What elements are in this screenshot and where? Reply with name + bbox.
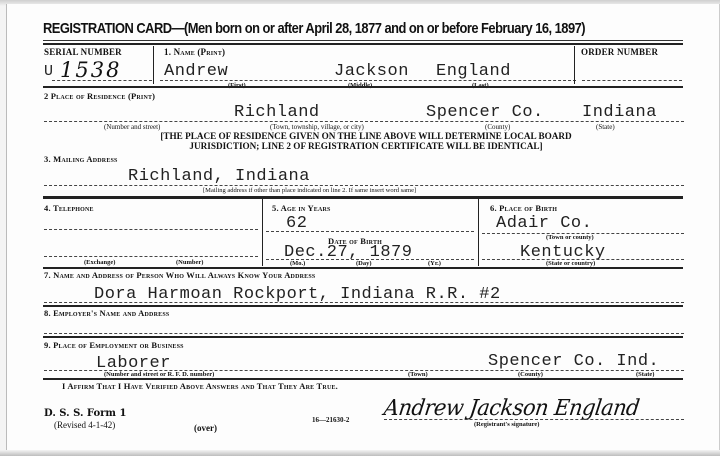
age-line (266, 231, 474, 232)
mailing-address-label: 3. Mailing Address (44, 154, 118, 164)
section-rule (43, 196, 683, 199)
section-rule (43, 305, 683, 307)
signature-caption: (Registrant's signature) (474, 421, 539, 428)
signature-line (384, 419, 684, 420)
residence-label: 2 Place of Residence (Print) (44, 91, 155, 101)
jurisdiction-notice: [THE PLACE OF RESIDENCE GIVEN ON THE LIN… (86, 131, 646, 151)
employment-town-caption: (Town) (408, 371, 428, 378)
residence-county: Spencer Co. (426, 103, 544, 122)
title-rule (43, 40, 683, 41)
employment-county: Spencer Co. Ind. (488, 352, 659, 371)
first-name: Andrew (164, 62, 228, 81)
section-rule (43, 86, 683, 88)
section-rule (43, 336, 683, 338)
day-caption: (Day) (356, 260, 372, 267)
birthplace-town-caption: (Town or county) (546, 234, 594, 241)
order-number-label: ORDER NUMBER (581, 47, 658, 57)
name-line (160, 80, 576, 81)
birthplace-town: Adair Co. (496, 214, 592, 233)
notice-line-1: [THE PLACE OF RESIDENCE GIVEN ON THE LIN… (86, 131, 646, 141)
employment-street-caption: (Number and street or R. F. D. number) (104, 371, 214, 378)
name-label: 1. Name (Print) (164, 47, 225, 57)
month-caption: (Mo.) (290, 260, 305, 267)
scan-bottom-edge (0, 450, 720, 456)
employer-label: 8. Employer's Name and Address (44, 308, 169, 318)
employment-state-caption: (State) (636, 371, 654, 378)
residence-town: Richland (234, 103, 320, 122)
middle-name: Jackson (334, 62, 409, 81)
contact-line (44, 302, 684, 303)
serial-number-value: 1538 (60, 58, 121, 82)
section-rule (43, 267, 683, 269)
employment-label: 9. Place of Employment or Business (44, 340, 184, 350)
exchange-caption: (Exchange) (84, 259, 115, 266)
divider (153, 46, 154, 84)
mailing-line (44, 185, 684, 186)
mailing-address-value: Richland, Indiana (128, 167, 310, 186)
registrant-signature: Andrew Jackson England (382, 396, 640, 421)
card-title: REGISTRATION CARD—(Men born on or after … (43, 20, 585, 37)
mailing-caption: [Mailing address if other than place ind… (203, 187, 416, 194)
last-name: England (436, 62, 511, 81)
street-caption: (Number and street) (104, 123, 160, 131)
birthplace-label: 6. Place of Birth (490, 203, 557, 213)
title-rule-bold (43, 43, 683, 45)
section-rule (43, 378, 683, 380)
year-caption: (Yr.) (428, 260, 441, 267)
form-revision: (Revised 4-1-42) (54, 420, 115, 430)
contact-label: 7. Name and Address of Person Who Will A… (44, 270, 315, 280)
divider (262, 198, 263, 266)
employer-line (44, 333, 684, 334)
county-caption: (County) (485, 123, 510, 131)
divider (574, 46, 575, 84)
telephone-line-1 (44, 229, 258, 230)
residence-state: Indiana (582, 103, 657, 122)
serial-line (52, 80, 152, 81)
serial-prefix: U (44, 63, 54, 80)
over-note: (over) (194, 423, 217, 433)
telephone-line-2 (44, 256, 258, 257)
telephone-label: 4. Telephone (44, 203, 94, 213)
state-caption: (State) (596, 123, 615, 131)
notice-line-2: JURISDICTION; LINE 2 OF REGISTRATION CER… (86, 141, 646, 151)
age-label: 5. Age in Years (272, 203, 331, 213)
birthplace-state-caption: (State or country) (546, 260, 595, 267)
employment-county-caption: (County) (518, 371, 543, 378)
serial-number-label: SERIAL NUMBER (44, 47, 122, 57)
form-number: D. S. S. Form 1 (44, 408, 126, 419)
divider (478, 198, 479, 266)
affirmation-text: I Affirm That I Have Verified Above Answ… (62, 381, 338, 391)
town-caption: (Town, township, village, or city) (270, 123, 364, 131)
order-number-line (582, 80, 682, 81)
print-code: 16—21630-2 (312, 416, 349, 424)
residence-line (44, 121, 684, 122)
number-caption: (Number) (176, 259, 203, 266)
